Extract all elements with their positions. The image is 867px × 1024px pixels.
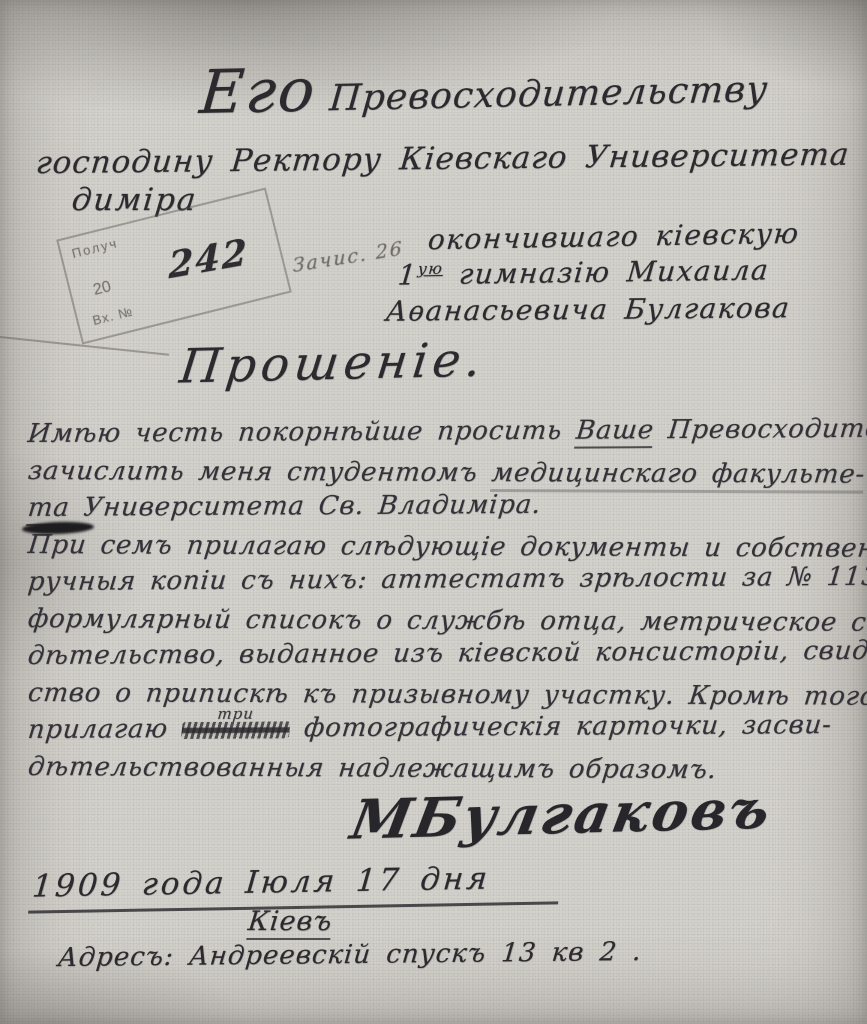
body-text: фотографическія карточки, засви- [289,710,834,743]
gymnasium-number-suffix: ую [417,260,444,278]
body-line: та Университета Св. Владиміра. [26,484,867,527]
petition-body: Имѣю честь покорнѣйше просить Ваше Прево… [26,416,867,786]
correction-group: три [180,710,292,748]
body-line: Имѣю честь покорнѣйше просить Ваше Прево… [26,410,867,453]
salutation-word-excellency: Превосходительству [328,69,770,119]
salutation-line-rector: господину Ректору Кіевскаго Университета… [34,135,867,181]
petition-title: Прошеніе. [177,332,489,394]
salutation-word-ego: Его [197,55,319,128]
stamp-date: 20 [92,278,114,300]
body-text: зачислить меня студентомъ [26,456,493,488]
body-text: Имѣю честь покорнѣйше просить [26,416,577,449]
applicant-line-gymnasium: 1ую гимназію Михаила [397,253,771,291]
underlined-word: Ваше [574,415,655,448]
inserted-word-above: три [216,696,256,733]
body-text: Превосходительство [652,413,867,445]
gymnasium-rest: гимназію Михаила [441,253,770,291]
stamp-incoming-number-label: Вх. № [91,304,135,329]
applicant-line-graduate: окончившаго кіевскую [427,217,801,257]
body-text: Университета Св. Владиміра. [68,490,542,523]
stamp-received-label: Получ [70,235,119,261]
applicant-line-name: Аѳанасьевича Булгакова [384,291,792,328]
body-line: дѣтельство, выданное изъ кіевской консис… [26,632,867,675]
salutation-honorific: ЕгоПревосходительству [197,46,772,128]
pencil-annotation: Зачис. 26 [292,237,403,277]
body-line: ручныя копіи съ нихъ: аттестатъ зрѣлости… [26,558,867,601]
body-text: прилагаю [26,714,183,745]
address-line: Адресъ: Андреевскій спускъ 13 кв 2 . [57,937,644,973]
document-page: ЕгоПревосходительству господину Ректору … [0,0,867,1024]
signature: МБулгаковъ [346,776,778,851]
gymnasium-number: 1 [397,258,419,291]
city-line: Кіевъ [246,906,334,940]
body-line: прилагаю три фотографическія карточки, з… [26,706,867,749]
